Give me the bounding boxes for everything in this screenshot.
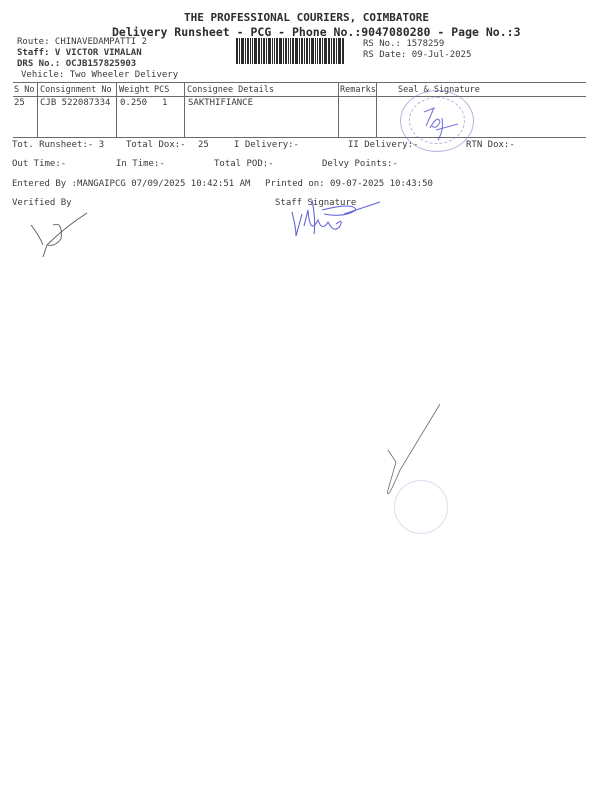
col-header-remarks: Remarks	[340, 85, 376, 95]
rtn-dox: RTN Dox:-	[466, 140, 515, 150]
runsheet-subtitle: Delivery Runsheet - PCG - Phone No.:9047…	[112, 25, 521, 39]
cell-weight: 0.250	[120, 98, 147, 108]
total-dox-label: Total Dox:-	[126, 140, 186, 150]
rs-no-text: RS No.: 1578259	[363, 39, 444, 49]
receiver-signature	[410, 100, 470, 145]
table-top-border	[13, 82, 586, 83]
total-dox-value: 25	[198, 140, 209, 150]
delvy-points: Delvy Points:-	[322, 159, 398, 169]
drs-no-text: DRS No.: OCJB157825903	[17, 59, 136, 69]
table-header-border	[13, 96, 586, 97]
col-header-weight: Weight	[119, 85, 150, 95]
total-pod: Total POD:-	[214, 159, 274, 169]
col-divider	[116, 82, 117, 137]
cell-pcs: 1	[162, 98, 167, 108]
col-header-s-no: S No	[14, 85, 34, 95]
verified-by-signature	[25, 205, 95, 260]
col-header-pcs: PCS	[154, 85, 169, 95]
ii-delivery: II Delivery:-	[348, 140, 418, 150]
out-time: Out Time:-	[12, 159, 66, 169]
col-header-consignment-no: Consignment No	[40, 85, 112, 95]
entered-by: Entered By :MANGAIPCG 07/09/2025 10:42:5…	[12, 179, 250, 189]
i-delivery: I Delivery:-	[234, 140, 299, 150]
cell-consignment-no: CJB 522087334	[40, 98, 110, 108]
col-divider	[376, 82, 377, 137]
barcode	[236, 38, 356, 64]
table-bottom-border	[13, 137, 586, 138]
printed-on: Printed on: 09-07-2025 10:43:50	[265, 179, 433, 189]
company-title: THE PROFESSIONAL COURIERS, COIMBATORE	[184, 11, 429, 24]
vehicle-text: Vehicle: Two Wheeler Delivery	[21, 70, 178, 80]
cell-consignee: SAKTHIFIANCE	[188, 98, 253, 108]
rs-date-text: RS Date: 09-Jul-2025	[363, 50, 471, 60]
cell-s-no: 25	[14, 98, 25, 108]
col-divider	[338, 82, 339, 137]
col-divider	[37, 82, 38, 137]
col-header-consignee: Consignee Details	[187, 85, 274, 95]
staff-text: Staff: V VICTOR VIMALAN	[17, 48, 142, 58]
in-time: In Time:-	[116, 159, 165, 169]
tot-runsheet: Tot. Runsheet:- 3	[12, 140, 104, 150]
staff-signature	[284, 196, 384, 241]
route-text: Route: CHINAVEDAMPATTI 2	[17, 37, 147, 47]
faint-stamp-trace	[394, 480, 448, 534]
col-divider	[184, 82, 185, 137]
